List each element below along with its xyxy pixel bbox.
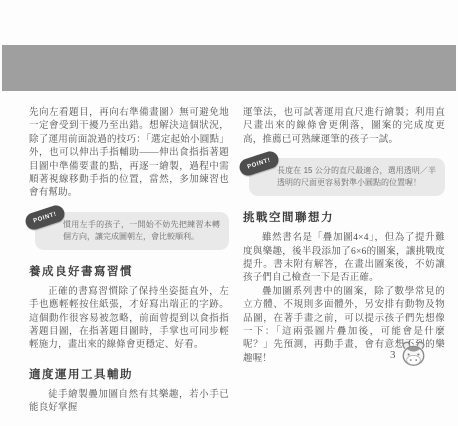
section-heading-spatial-imagination: 挑戰空間聯想力 bbox=[243, 209, 445, 225]
page-number: 3 bbox=[390, 349, 396, 361]
section-heading-writing-habits: 養成良好書寫習慣 bbox=[29, 263, 229, 279]
text-columns: 先向左看題目，再向右準備畫圖）無可避免地一定會受到干擾乃至出錯。想解決這個狀況，… bbox=[0, 107, 458, 416]
book-page: 先向左看題目，再向右準備畫圖）無可避免地一定會受到干擾乃至出錯。想解決這個狀況，… bbox=[0, 0, 458, 426]
point-badge: POINT! bbox=[23, 203, 66, 232]
point-callout-right: POINT! 長度在 15 公分的直尺最適合，選用透明／半透明的尺面更容易對準小… bbox=[249, 158, 445, 196]
point-callout-text: 長度在 15 公分的直尺最適合，選用透明／半透明的尺面更容易對準小圓點的位置喔！ bbox=[277, 166, 436, 187]
section-paragraph-tool-assist: 徒手繪製疊加圖自然有其樂趣，若小手已能良好掌握 bbox=[29, 389, 229, 416]
point-callout-text: 慣用左手的孩子，一開始不妨先把練習本轉個方向，讓完成圖朝左，會比較順利。 bbox=[63, 220, 220, 241]
point-callout-left: POINT! 慣用左手的孩子，一開始不妨先把練習本轉個方向，讓完成圖朝左，會比較… bbox=[35, 212, 229, 250]
left-intro-paragraph: 先向左看題目，再向右準備畫圖）無可避免地一定會受到干擾乃至出錯。想解決這個狀況，… bbox=[29, 107, 229, 201]
right-intro-paragraph: 運筆法，也可試著運用直尺進行繪製；利用直尺畫出來的線條會更俐落，圖案的完成度更高… bbox=[243, 107, 445, 147]
gray-header-band bbox=[2, 45, 456, 91]
section-heading-tool-assist: 適度運用工具輔助 bbox=[29, 366, 229, 382]
left-column: 先向左看題目，再向右準備畫圖）無可避免地一定會受到干擾乃至出錯。想解決這個狀況，… bbox=[29, 107, 229, 416]
section-paragraph-writing-habits: 正確的書寫習慣除了保持坐姿挺直外，左手也應輕輕按住紙張，才好寫出端正的字跡。這個… bbox=[29, 286, 229, 353]
cow-face-icon bbox=[399, 340, 428, 369]
section-paragraph-spatial-1: 雖然書名是「疊加圖4×4」，但為了提升難度與樂趣，後半段添加了6×6的圖案，讓挑… bbox=[243, 232, 445, 286]
page-footer: 3 bbox=[390, 340, 428, 369]
point-badge: POINT! bbox=[237, 149, 280, 178]
right-column: 運筆法，也可試著運用直尺進行繪製；利用直尺畫出來的線條會更俐落，圖案的完成度更高… bbox=[243, 107, 445, 416]
